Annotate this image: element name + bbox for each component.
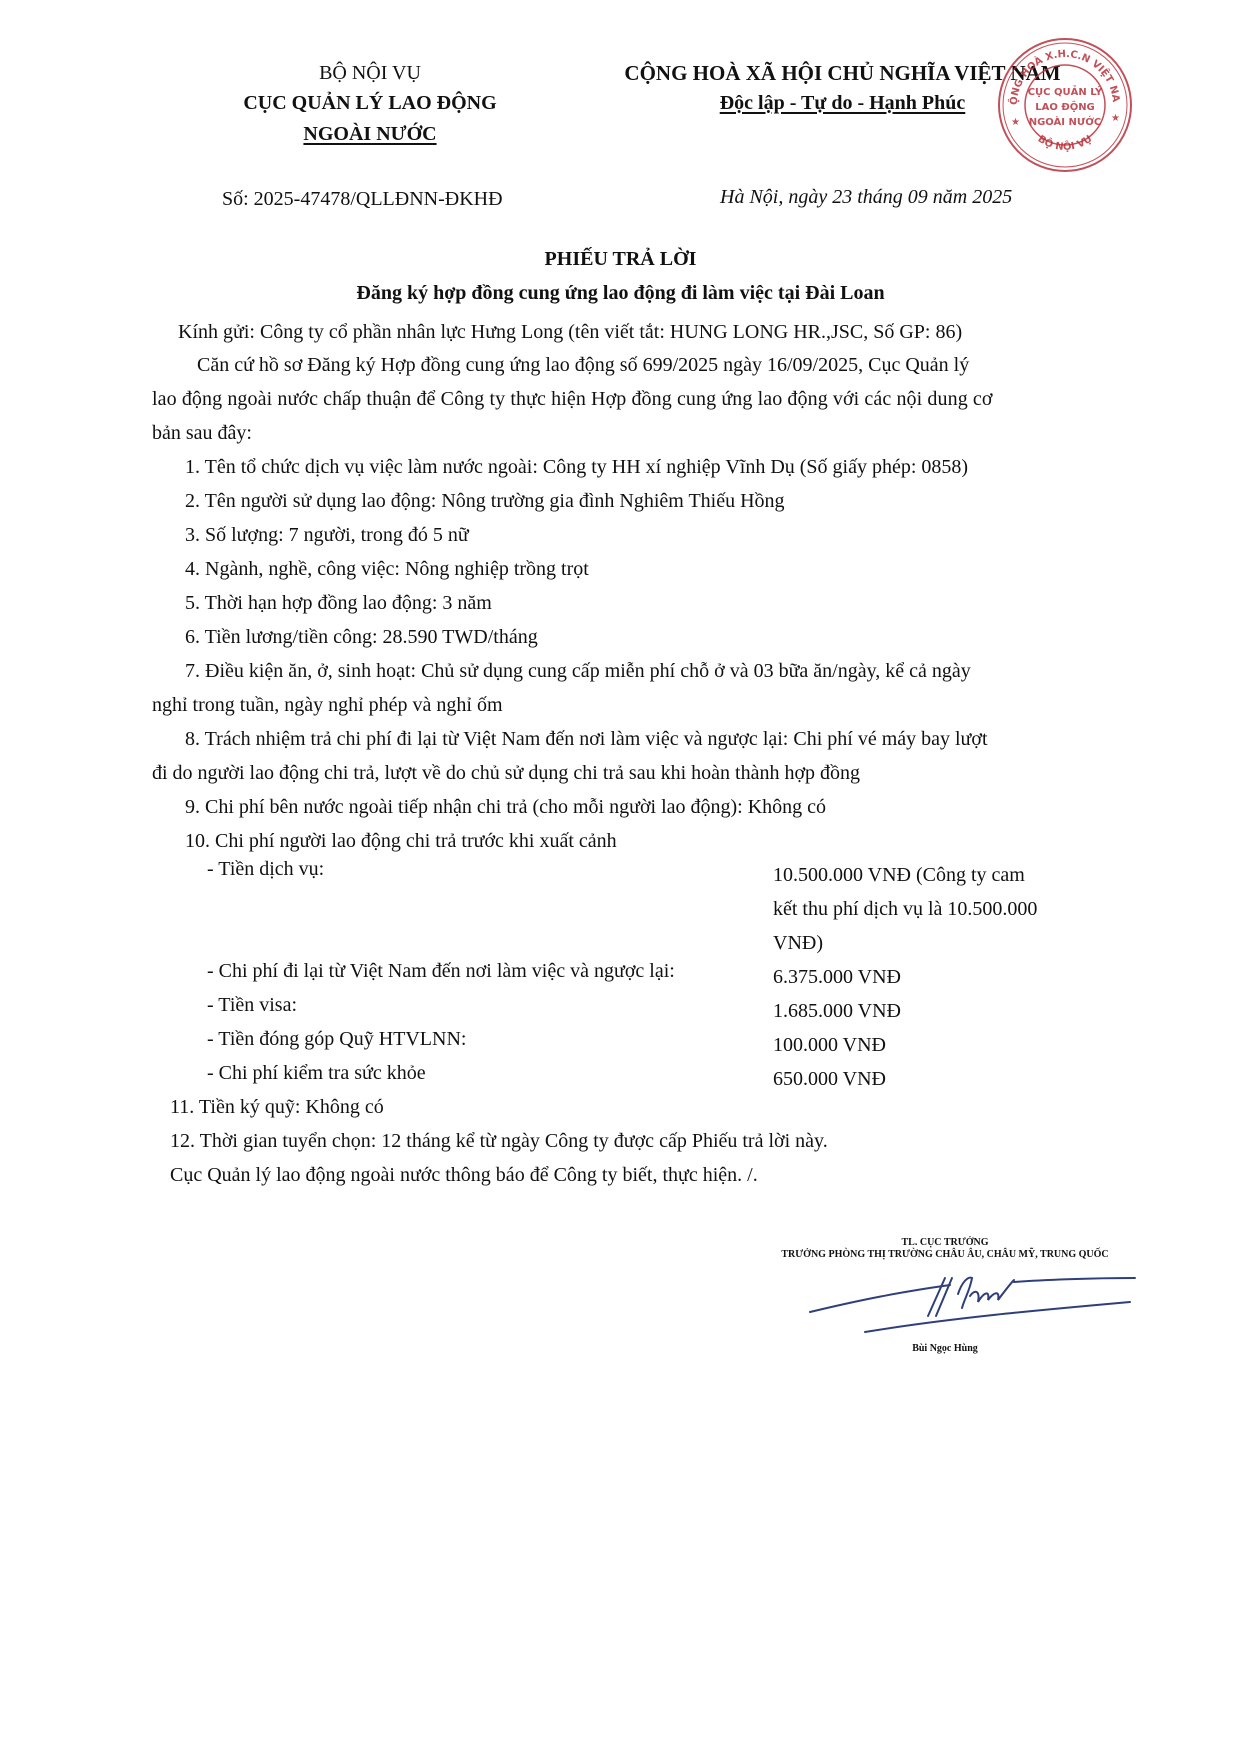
list-item: 8. Trách nhiệm trả chi phí đi lại từ Việ… xyxy=(185,722,988,756)
list-item-continued: đi do người lao động chi trả, lượt về do… xyxy=(152,756,860,790)
list-item: 4. Ngành, nghề, công việc: Nông nghiệp t… xyxy=(185,552,589,586)
list-item: 10. Chi phí người lao động chi trả trước… xyxy=(185,824,617,858)
cost-value: 650.000 VNĐ xyxy=(773,1062,1093,1096)
svg-text:★: ★ xyxy=(1111,113,1120,124)
cost-label: - Chi phí đi lại từ Việt Nam đến nơi làm… xyxy=(207,960,675,983)
list-item-continued: nghỉ trong tuần, ngày nghỉ phép và nghỉ … xyxy=(152,688,503,722)
cost-value: 100.000 VNĐ xyxy=(773,1028,1093,1062)
handwritten-signature-icon xyxy=(800,1270,1140,1340)
cost-label: - Chi phí kiểm tra sức khỏe xyxy=(207,1062,426,1085)
signature-block: TL. CỤC TRƯỞNG TRƯỞNG PHÒNG THỊ TRƯỜNG C… xyxy=(760,1237,1130,1261)
list-item: 3. Số lượng: 7 người, trong đó 5 nữ xyxy=(185,518,469,552)
list-item: 12. Thời gian tuyển chọn: 12 tháng kể từ… xyxy=(170,1130,828,1153)
list-item: 1. Tên tổ chức dịch vụ việc làm nước ngo… xyxy=(185,450,968,484)
signer-position: TRƯỞNG PHÒNG THỊ TRƯỜNG CHÂU ÂU, CHÂU MỸ… xyxy=(760,1249,1130,1261)
list-item: 2. Tên người sử dụng lao động: Nông trườ… xyxy=(185,484,785,518)
list-item: 7. Điều kiện ăn, ở, sinh hoạt: Chủ sử dụ… xyxy=(185,654,971,688)
list-item: 11. Tiền ký quỹ: Không có xyxy=(170,1096,384,1119)
closing-note: Cục Quản lý lao động ngoài nước thông bá… xyxy=(170,1164,758,1187)
cost-label: - Tiền visa: xyxy=(207,994,297,1017)
list-item: 6. Tiền lương/tiền công: 28.590 TWD/thán… xyxy=(185,620,538,654)
cost-value: 1.685.000 VNĐ xyxy=(773,994,1093,1028)
cost-value: 10.500.000 VNĐ (Công ty cam kết thu phí … xyxy=(773,858,1093,960)
cost-label: - Tiền dịch vụ: xyxy=(207,858,324,881)
intro-line: bản sau đây: xyxy=(152,416,252,450)
list-item: 9. Chi phí bên nước ngoài tiếp nhận chi … xyxy=(185,790,826,824)
recipient: Kính gửi: Công ty cổ phần nhân lực Hưng … xyxy=(178,315,962,349)
on-behalf-title: TL. CỤC TRƯỞNG xyxy=(760,1237,1130,1249)
intro-line: Căn cứ hồ sơ Đăng ký Hợp đồng cung ứng l… xyxy=(197,348,969,382)
intro-line: lao động ngoài nước chấp thuận để Công t… xyxy=(152,382,993,416)
cost-label: - Tiền đóng góp Quỹ HTVLNN: xyxy=(207,1028,466,1051)
list-item: 5. Thời hạn hợp đồng lao động: 3 năm xyxy=(185,586,492,620)
signer-name: Bùi Ngọc Hùng xyxy=(760,1343,1130,1354)
cost-value: 6.375.000 VNĐ xyxy=(773,960,1093,994)
